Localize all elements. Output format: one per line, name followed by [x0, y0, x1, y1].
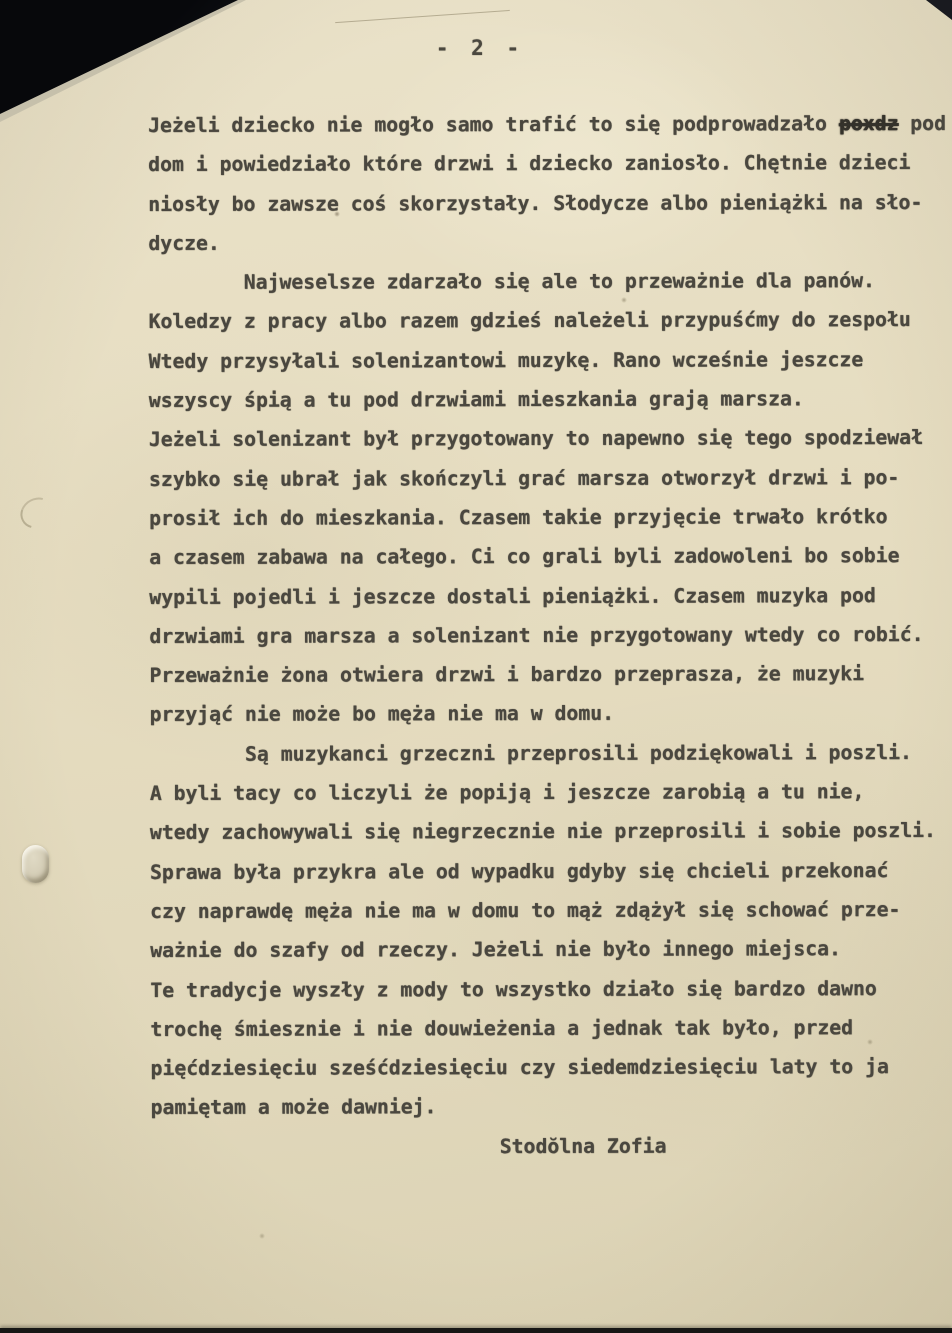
text-line: Sprawa była przykra ale od wypadku gdyby… [150, 851, 952, 892]
text-line: Przeważnie żona otwiera drzwi i bardzo p… [149, 654, 952, 695]
text-segment: przyjąć nie może bo męża nie ma w domu. [150, 702, 615, 726]
text-segment: Jeżeli dziecko nie mogło samo trafić to … [148, 112, 839, 137]
text-segment: pięćdziesięciu sześćdziesięciu czy siede… [150, 1055, 888, 1080]
text-line: Jeżeli dziecko nie mogło samo trafić to … [148, 104, 952, 145]
text-segment: czy naprawdę męża nie ma w domu to mąż z… [150, 898, 900, 923]
text-segment: Najweselsze zdarzało się ale to przeważn… [148, 269, 875, 294]
text-line: trochę śmiesznie i nie douwieżenia a jed… [150, 1008, 952, 1049]
text-line: dom i powiedziało które drzwi i dziecko … [148, 143, 952, 184]
scanner-background-corner-right [922, 0, 952, 20]
text-line: niosły bo zawsze coś skorzystały. Słodyc… [148, 182, 952, 223]
page-number: - 2 - [430, 36, 530, 60]
hole-punch [22, 845, 49, 883]
struck-word: poxdz [839, 112, 899, 135]
text-segment: Wtedy przysyłali solenizantowi muzykę. R… [149, 348, 864, 373]
text-line: dycze. [148, 222, 952, 263]
scratch-mark [335, 10, 510, 23]
text-line: a czasem zabawa na całego. Ci co grali b… [149, 536, 952, 577]
text-line: Koledzy z pracy albo razem gdzieś należe… [149, 300, 952, 341]
text-segment: A byli tacy co liczyli że popiją i jeszc… [150, 780, 865, 805]
text-line: pamiętam a może dawniej. [151, 1086, 952, 1127]
text-segment: ważnie do szafy od rzeczy. Jeżeli nie by… [150, 937, 841, 962]
signature: Stodŏlna Zofia [151, 1126, 952, 1167]
text-segment: Są muzykanci grzeczni przeprosili podzię… [150, 741, 912, 766]
text-segment: wtedy zachowywali się niegrzecznie nie p… [150, 819, 936, 844]
paper-crease-mark [15, 492, 59, 534]
text-segment: trochę śmiesznie i nie douwieżenia a jed… [150, 1016, 853, 1041]
text-line: Wtedy przysyłali solenizantowi muzykę. R… [149, 340, 952, 381]
text-segment: wszyscy śpią a tu pod drzwiami mieszkani… [149, 387, 804, 412]
text-segment: Sprawa była przykra ale od wypadku gdyby… [150, 859, 888, 884]
text-line: wypili pojedli i jeszcze dostali pieniąż… [149, 575, 952, 616]
text-segment: pod [898, 112, 946, 135]
text-line: pięćdziesięciu sześćdziesięciu czy siede… [150, 1047, 952, 1088]
text-segment: Przeważnie żona otwiera drzwi i bardzo p… [149, 662, 864, 687]
text-segment: Te tradycje wyszły z mody to wszystko dz… [150, 977, 877, 1002]
text-line: A byli tacy co liczyli że popiją i jeszc… [150, 772, 952, 813]
text-line: drzwiami gra marsza a solenizant nie prz… [149, 615, 952, 656]
text-line: Te tradycje wyszły z mody to wszystko dz… [150, 968, 952, 1009]
text-line: wtedy zachowywali się niegrzecznie nie p… [150, 811, 952, 852]
text-line: prosił ich do mieszkania. Czasem takie p… [149, 497, 952, 538]
text-segment: prosił ich do mieszkania. Czasem takie p… [149, 505, 887, 530]
scanner-background-bottom-edge [0, 1328, 952, 1333]
text-line: Są muzykanci grzeczni przeprosili podzię… [150, 733, 952, 774]
text-line: czy naprawdę męża nie ma w domu to mąż z… [150, 890, 952, 931]
scanned-page: - 2 - Jeżeli dziecko nie mogło samo traf… [0, 0, 952, 1333]
text-line: wszyscy śpią a tu pod drzwiami mieszkani… [149, 379, 952, 420]
text-segment: Koledzy z pracy albo razem gdzieś należe… [149, 308, 911, 333]
text-line: przyjąć nie może bo męża nie ma w domu. [150, 693, 952, 734]
text-segment: dom i powiedziało które drzwi i dziecko … [148, 151, 910, 176]
typewritten-text: Jeżeli dziecko nie mogło samo trafić to … [148, 104, 952, 1167]
text-segment: wypili pojedli i jeszcze dostali pieniąż… [149, 584, 876, 609]
text-segment: a czasem zabawa na całego. Ci co grali b… [149, 544, 899, 569]
text-line: Jeżeli solenizant był przygotowany to na… [149, 418, 952, 459]
text-segment: Jeżeli solenizant był przygotowany to na… [149, 426, 923, 451]
text-segment: pamiętam a może dawniej. [151, 1096, 437, 1120]
text-segment: drzwiami gra marsza a solenizant nie prz… [149, 623, 923, 648]
text-segment: szybko się ubrał jak skończyli grać mars… [149, 466, 899, 491]
text-line: Najweselsze zdarzało się ale to przeważn… [148, 261, 952, 302]
text-segment: niosły bo zawsze coś skorzystały. Słodyc… [148, 191, 922, 216]
text-line: szybko się ubrał jak skończyli grać mars… [149, 458, 952, 499]
text-segment: dycze. [148, 232, 220, 255]
text-line: ważnie do szafy od rzeczy. Jeżeli nie by… [150, 929, 952, 970]
